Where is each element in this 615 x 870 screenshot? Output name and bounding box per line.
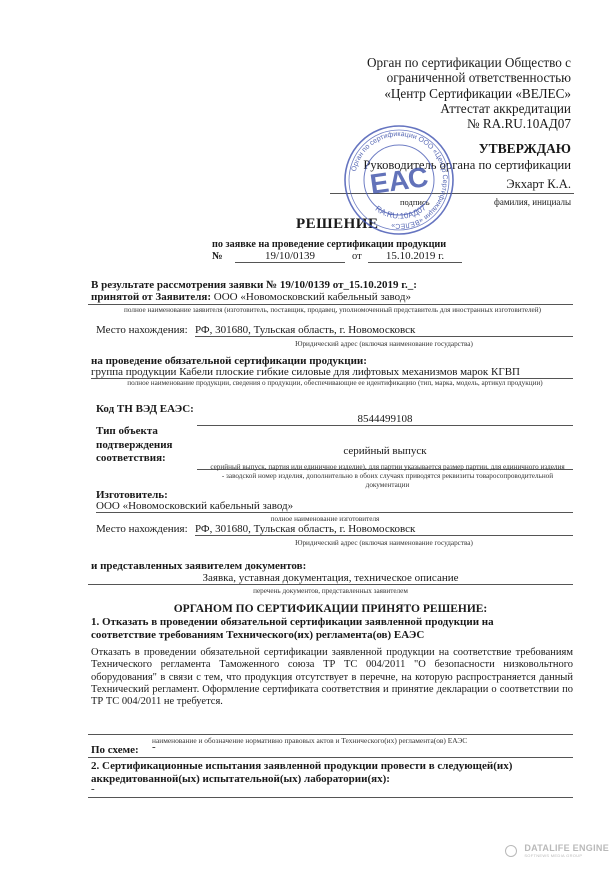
certification-stamp: Орган по сертификации ООО «Центр Сертифи… — [343, 124, 455, 236]
applicant-location-label: Место нахождения: — [96, 324, 188, 336]
application-number: 19/10/0139 — [235, 250, 345, 263]
watermark-subtitle: SOFTNEWS MEDIA GROUP — [524, 853, 609, 858]
documents-label: и представленных заявителем документов: — [91, 560, 306, 572]
documents-caption: перечень документов, представленных заяв… — [88, 587, 573, 596]
name-caption: фамилия, инициалы — [494, 197, 571, 207]
stamp-seal-icon: Орган по сертификации ООО «Центр Сертифи… — [343, 124, 455, 236]
issuer-line: Аттестат аккредитации — [367, 101, 571, 116]
object-type-label: Тип объекта подтверждения соответствия: — [96, 425, 196, 466]
issuer-line: «Центр Сертификации «ВЕЛЕС» — [367, 86, 571, 101]
document-subtitle: по заявке на проведение сертификации про… — [212, 239, 446, 250]
applicant-underline — [88, 304, 573, 305]
tnved-label: Код ТН ВЭД ЕАЭС: — [96, 403, 194, 415]
decision-item-2-title: 2. Сертификационные испытания заявленной… — [91, 760, 561, 786]
datalife-logo-icon — [505, 845, 517, 857]
product-caption: полное наименование продукции, сведения … — [110, 379, 560, 388]
datalife-engine-watermark: DATALIFE ENGINE SOFTNEWS MEDIA GROUP — [505, 842, 609, 860]
manufacturer-location-caption: Юридический адрес (включая наименование … — [195, 539, 573, 548]
regulation-underline — [88, 734, 573, 735]
decision-item-1-title: 1. Отказать в проведении обязательной се… — [91, 616, 561, 642]
product-value: группа продукции Кабели плоские гибкие с… — [91, 366, 573, 379]
date-label: от — [352, 251, 362, 262]
certification-body-header: Орган по сертификации Общество с огранич… — [367, 55, 571, 131]
issuer-line: ограниченной ответственностью — [367, 70, 571, 85]
svg-text:ЕАС: ЕАС — [368, 161, 430, 200]
applicant-caption: полное наименование заявителя (изготовит… — [105, 306, 560, 315]
object-type-caption: серийный выпуск, партия или единичное из… — [210, 463, 565, 490]
application-date: 15.10.2019 г. — [368, 250, 462, 263]
decision-item-1-text: Отказать в проведении обязательной серти… — [91, 647, 573, 708]
regulation-caption: наименование и обозначение нормативно пр… — [152, 736, 467, 745]
decision-heading: ОРГАНОМ ПО СЕРТИФИКАЦИИ ПРИНЯТО РЕШЕНИЕ: — [88, 603, 573, 615]
scheme-underline — [88, 757, 573, 758]
manufacturer-location-label: Место нахождения: — [96, 523, 188, 535]
approver-name: Экхарт К.А. — [506, 177, 571, 192]
applicant-label: принятой от Заявителя: — [91, 291, 211, 303]
number-label: № — [212, 251, 223, 262]
result-line: В результате рассмотрения заявки № 19/10… — [91, 279, 417, 291]
issuer-line: Орган по сертификации Общество с — [367, 55, 571, 70]
applicant-name: ООО «Новомосковский кабельный завод» — [214, 291, 411, 303]
scheme-value: - — [152, 741, 156, 753]
watermark-title: DATALIFE ENGINE — [524, 843, 609, 853]
tnved-value: 8544499108 — [197, 413, 573, 426]
applicant-location-caption: Юридический адрес (включая наименование … — [195, 340, 573, 349]
applicant-location-value: РФ, 301680, Тульская область, г. Новомос… — [195, 324, 573, 337]
manufacturer-name: ООО «Новомосковский кабельный завод» — [96, 500, 573, 513]
applicant-row: принятой от Заявителя: ООО «Новомосковск… — [91, 291, 411, 303]
documents-value: Заявка, уставная документация, техническ… — [88, 572, 573, 585]
laboratory-value: - — [91, 783, 95, 795]
manufacturer-location-value: РФ, 301680, Тульская область, г. Новомос… — [195, 523, 573, 536]
scheme-label: По схеме: — [91, 744, 139, 756]
laboratory-underline — [88, 797, 573, 798]
approve-title: УТВЕРЖДАЮ — [479, 141, 571, 157]
